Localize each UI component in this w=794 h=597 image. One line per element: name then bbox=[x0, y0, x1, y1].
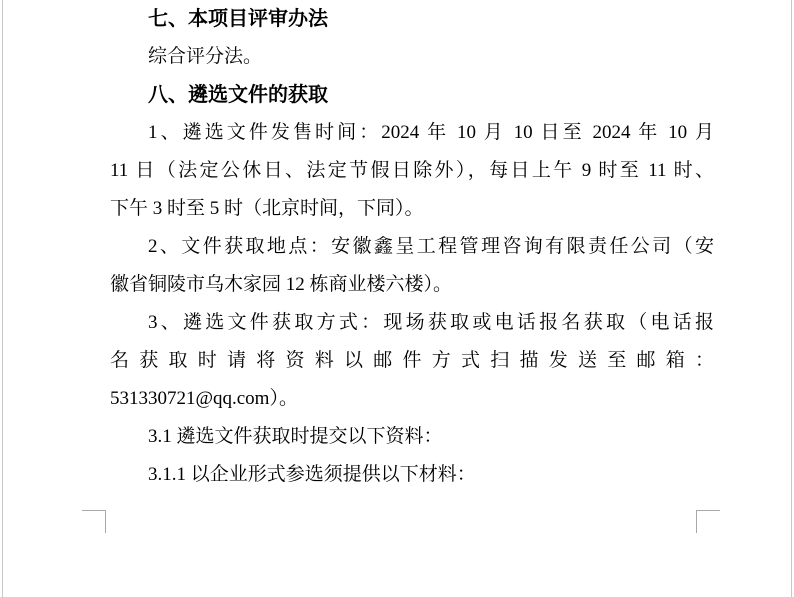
page-edge-left bbox=[2, 0, 3, 597]
text-line: 3、遴选文件获取方式：现场获取或电话报名获取（电话报 bbox=[110, 304, 714, 342]
text-line: 综合评分法。 bbox=[110, 38, 714, 76]
email-text-line: 531330721@qq.com）。 bbox=[110, 380, 714, 418]
section-heading-evaluation-method: 七、本项目评审办法 bbox=[110, 0, 714, 38]
text-line: 3.1.1 以企业形式参选须提供以下材料： bbox=[110, 456, 714, 494]
margin-mark-bottom-left bbox=[82, 510, 106, 533]
text-line: 2、文件获取地点：安徽鑫呈工程管理咨询有限责任公司（安 bbox=[110, 228, 714, 266]
text-line: 1、遴选文件发售时间：2024 年 10 月 10 日至 2024 年 10 月 bbox=[110, 114, 714, 152]
text-line: 11 日（法定公休日、法定节假日除外），每日上午 9 时至 11 时、 bbox=[110, 152, 714, 190]
document-body: 七、本项目评审办法 综合评分法。 八、遴选文件的获取 1、遴选文件发售时间：20… bbox=[110, 0, 714, 494]
text-line: 徽省铜陵市乌木家园 12 栋商业楼六楼）。 bbox=[110, 266, 714, 304]
margin-mark-bottom-right bbox=[696, 510, 720, 533]
page-edge-right bbox=[791, 0, 792, 597]
text-line: 下午 3 时至 5 时（北京时间，下同）。 bbox=[110, 190, 714, 228]
text-line: 名获取时请将资料以邮件方式扫描发送至邮箱： bbox=[110, 342, 714, 380]
text-line: 3.1 遴选文件获取时提交以下资料： bbox=[110, 418, 714, 456]
section-heading-document-obtain: 八、遴选文件的获取 bbox=[110, 76, 714, 114]
document-page: 七、本项目评审办法 综合评分法。 八、遴选文件的获取 1、遴选文件发售时间：20… bbox=[0, 0, 794, 597]
